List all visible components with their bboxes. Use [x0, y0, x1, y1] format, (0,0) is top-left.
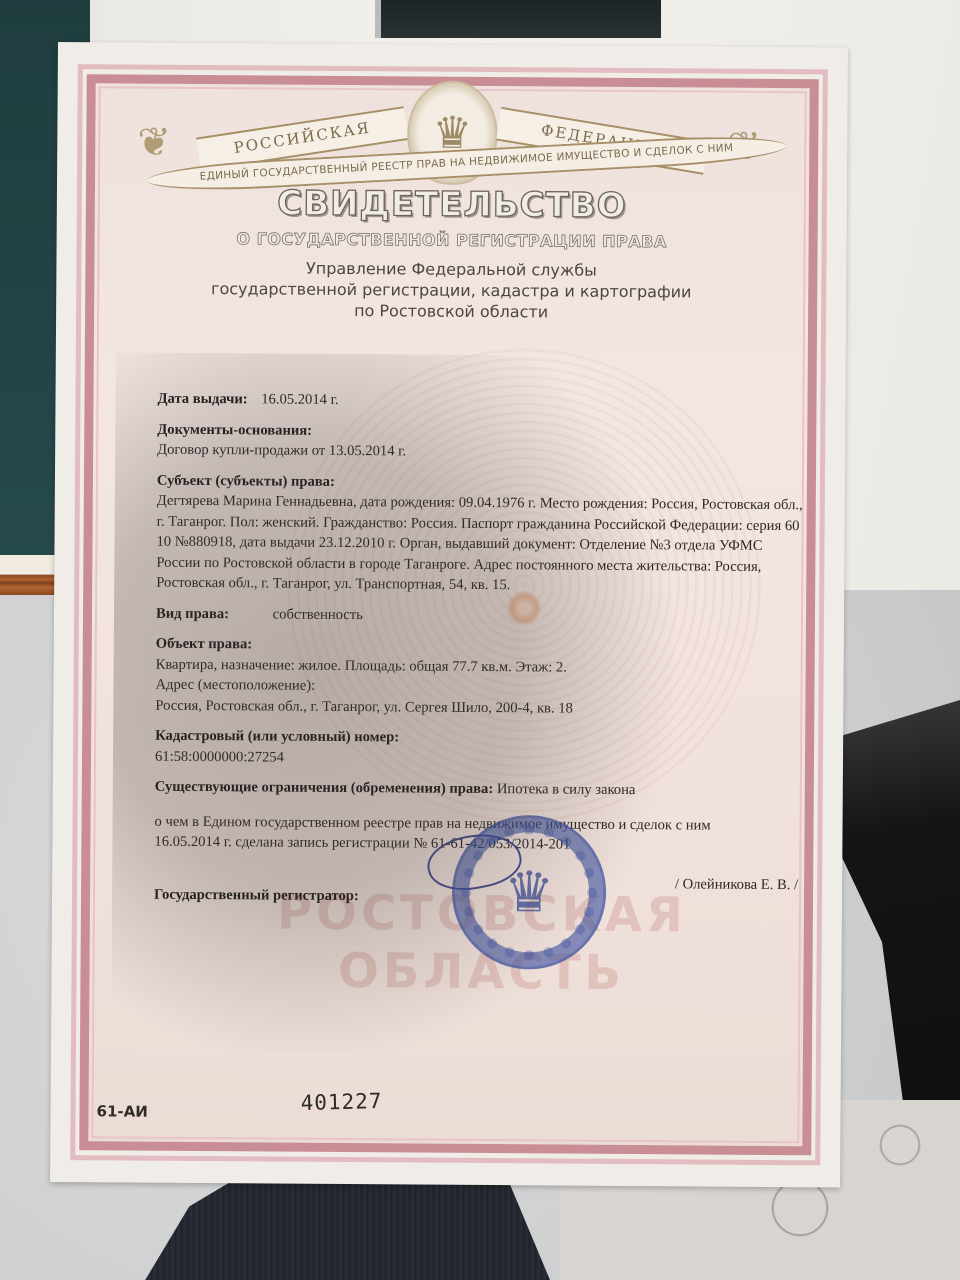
encumbrances-field: Существующие ограничения (обременения) п…: [155, 777, 805, 802]
stamp-ring: [461, 824, 598, 961]
subject-field: Субъект (субъекты) права: Дегтярева Мари…: [156, 470, 807, 598]
official-stamp-icon: ♛: [452, 815, 607, 970]
issue-date-field: Дата выдачи: 16.05.2014 г.: [157, 389, 807, 414]
cadastral-value: 61:58:0000000:27254: [155, 746, 805, 771]
cadastral-field: Кадастровый (или условный) номер: 61:58:…: [155, 726, 805, 772]
form-number: 401227: [300, 1089, 382, 1115]
right-type-value: собственность: [273, 606, 363, 623]
background-dark-object: [375, 0, 661, 38]
issue-date-label: Дата выдачи:: [157, 391, 247, 408]
issuing-authority: Управление Федеральной службы государств…: [56, 256, 846, 325]
right-type-label: Вид права:: [156, 605, 229, 622]
issue-date-value: 16.05.2014 г.: [261, 391, 338, 408]
basis-documents-field: Документы-основания: Договор купли-прода…: [157, 419, 807, 465]
form-series: 61-АИ: [96, 1102, 147, 1120]
right-type-field: Вид права: собственность: [156, 603, 806, 628]
basis-documents-value: Договор купли-продажи от 13.05.2014 г.: [157, 440, 807, 465]
ornament-swirl-icon: ❦: [137, 119, 171, 166]
registrar-label: Государственный регистратор:: [154, 886, 359, 903]
encumbrances-label: Существующие ограничения (обременения) п…: [155, 779, 494, 797]
encumbrances-value: Ипотека в силу закона: [497, 781, 636, 798]
document-title: СВИДЕТЕЛЬСТВО: [57, 182, 847, 228]
registration-certificate: ❦ ❦ РОССИЙСКАЯ ♛ ФЕДЕРАЦИЯ Единый госуда…: [50, 42, 848, 1187]
object-field: Объект права: Квартира, назначение: жило…: [155, 634, 806, 721]
subject-value: Дегтярева Марина Геннадьевна, дата рожде…: [156, 491, 807, 598]
registrar-name: / Олейникова Е. В. /: [675, 874, 798, 895]
object-address: Россия, Ростовская обл., г. Таганрог, ул…: [155, 695, 805, 720]
